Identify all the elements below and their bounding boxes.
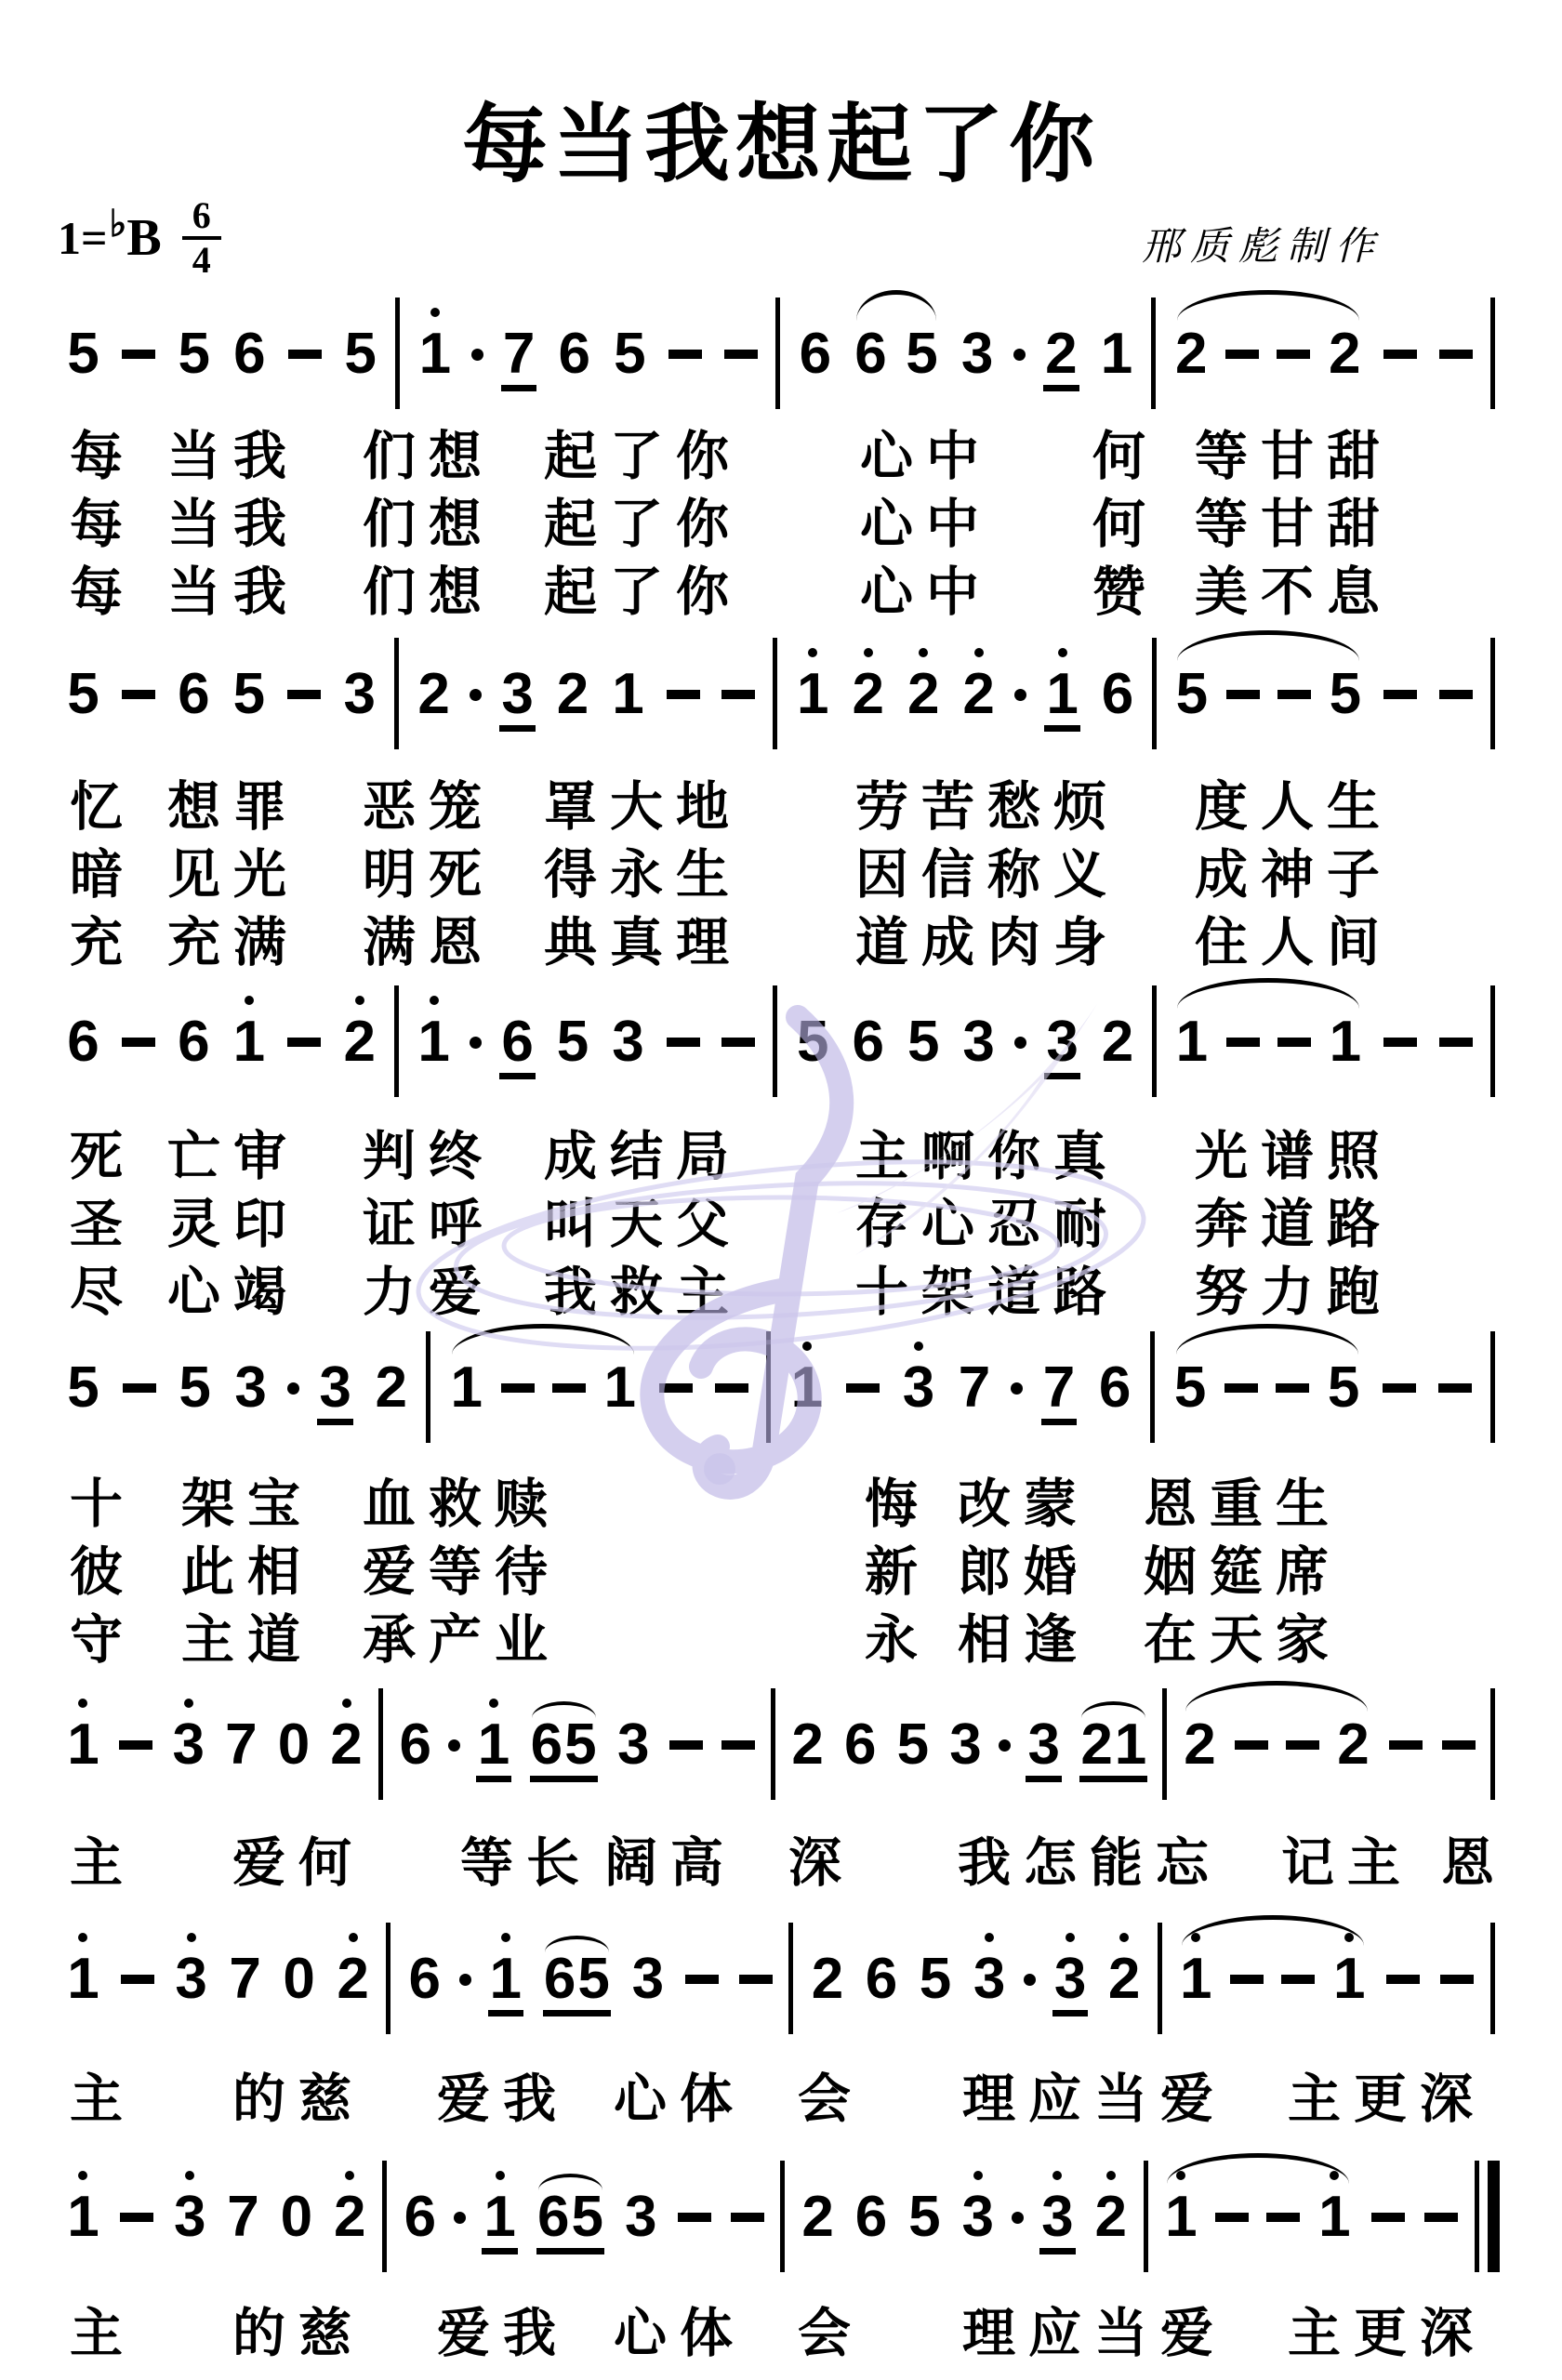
note: 5: [604, 324, 655, 385]
lyric-segment: 亡审: [167, 1114, 299, 1190]
note-digit: 6: [1100, 664, 1135, 725]
lyric-segment: 爱等待: [363, 1529, 561, 1606]
note: 3: [310, 1357, 361, 1425]
note-digit: 6: [406, 1949, 442, 2010]
dash-bar: [1281, 1975, 1315, 1984]
note-digit: 3: [630, 1949, 666, 2010]
note: 1: [594, 1357, 645, 1419]
note-digit: 2: [1100, 1011, 1135, 1073]
note-digit: 6: [176, 664, 211, 725]
note: 1: [1171, 1949, 1222, 2010]
dash-bar: [287, 1038, 321, 1047]
note: 5: [223, 664, 274, 725]
dash-note: [111, 1714, 162, 1750]
note-digit: 3: [901, 1357, 936, 1419]
note-digit: 5: [555, 1011, 590, 1073]
note-digit: 2: [800, 2187, 835, 2248]
duration-dot: [1006, 2187, 1030, 2224]
note: 6: [842, 1011, 894, 1073]
dash-bar: [668, 350, 702, 359]
note-digit: 2: [1327, 324, 1362, 385]
lyrics-block: 忆想罪恶笼罩大地劳苦愁烦度人生暗见光明死得永生因信称义成神子充充满满恩典真理道成…: [0, 764, 1562, 968]
lyric-segment: 主: [70, 2291, 136, 2367]
note: 1: [409, 324, 460, 385]
dash-bar: [288, 350, 322, 359]
note-digit: 7: [223, 1714, 258, 1776]
note: 1: [474, 2187, 525, 2254]
note-digit: 1: [1328, 1011, 1363, 1073]
note-digit: 3: [499, 664, 535, 732]
lyric-segment: 当我: [167, 549, 299, 626]
beamed-pair: 65: [527, 2187, 613, 2254]
note-digit: 1: [1178, 1949, 1213, 2010]
dash-bar: [678, 2213, 711, 2222]
note-digit: 3: [1044, 1011, 1079, 1079]
note: 6: [549, 324, 600, 385]
note-digit: 5: [570, 2187, 603, 2248]
dot: [287, 1382, 299, 1395]
lyric-segment: 永: [865, 1597, 931, 1673]
lyric-segment: 的慈: [232, 2056, 364, 2133]
note: 1: [1092, 324, 1143, 385]
lyric-segment: 心体: [614, 2291, 746, 2367]
lyric-segment: 明死: [363, 832, 495, 908]
lyrics-block: 主的慈爱我心体会理应当爱主更深: [0, 2056, 1562, 2124]
barline: [1139, 2187, 1154, 2248]
lyric-segment: 悔: [865, 1461, 931, 1538]
dash-note: [1268, 664, 1319, 725]
dash-note: [113, 664, 164, 699]
dash-bar: [123, 1383, 156, 1393]
dash-bar: [1438, 1383, 1472, 1393]
note: 6: [224, 324, 275, 385]
note-digit: 3: [1052, 1949, 1088, 2016]
note-digit: 3: [960, 1011, 996, 1073]
lyric-segment: 姻筵席: [1144, 1529, 1342, 1606]
dash-bar: [1389, 1740, 1423, 1750]
dash-note: [650, 1357, 701, 1393]
lyric-segment: 判终: [363, 1114, 495, 1190]
beam-underline: 21: [1079, 1714, 1147, 1782]
dash-note: [668, 2187, 720, 2222]
dash-bar: [1439, 690, 1473, 699]
lyric-segment: 十: [70, 1461, 136, 1538]
note: 2: [327, 1949, 378, 2010]
dash-bar: [1439, 1038, 1473, 1047]
barline: [768, 664, 783, 725]
dash-note: [1217, 664, 1268, 725]
dash-bar: [1383, 1383, 1416, 1393]
slur-group: 65: [845, 324, 947, 385]
note: 1: [408, 1011, 459, 1073]
note: 6: [1090, 1357, 1141, 1419]
note-digit: 7: [225, 2187, 260, 2248]
note-digit: 5: [342, 324, 377, 385]
lyric-row: 主的慈爱我心体会理应当爱主更深: [0, 2291, 1562, 2359]
dot: [1014, 1037, 1026, 1049]
lyric-segment: 每: [70, 549, 136, 626]
note-digit: 6: [543, 1949, 576, 2010]
dash-note: [1277, 1714, 1328, 1776]
note-digit: 1: [65, 1949, 100, 2010]
lyric-segment: 心中: [860, 549, 992, 626]
note-digit: 3: [170, 1714, 205, 1776]
note-digit: 3: [172, 2187, 207, 2248]
note-digit: 1: [1044, 664, 1079, 732]
duration-dot: [1007, 324, 1031, 361]
lyric-segment: 承产业: [363, 1597, 561, 1673]
barline: [768, 1011, 783, 1073]
dash-note: [113, 324, 165, 359]
lyric-row: 死亡审判终成结局主啊你真光谱照: [0, 1114, 1562, 1182]
duration-dot: [443, 1714, 467, 1752]
key-prefix: 1=: [58, 211, 108, 265]
slur-group: 11: [441, 1357, 645, 1419]
lyric-segment: 心中: [860, 482, 992, 558]
dash-note: [113, 1357, 165, 1393]
note-digit: 3: [947, 1714, 983, 1776]
dash-note: [1225, 1714, 1277, 1776]
note: 1: [1166, 1011, 1217, 1073]
dot: [999, 1739, 1011, 1752]
dot: [1014, 689, 1026, 701]
note-digit: 0: [279, 2187, 314, 2248]
lyric-segment: 成结局: [544, 1114, 742, 1190]
dash-note: [660, 324, 711, 359]
slur-group: 55: [1165, 1357, 1370, 1419]
note: 6: [845, 324, 896, 385]
duration-dot: [1009, 664, 1033, 701]
lyric-segment: 改蒙: [958, 1461, 1090, 1538]
lyric-segment: 新: [865, 1529, 931, 1606]
barline: [1486, 1714, 1501, 1776]
note-digit: 3: [623, 2187, 658, 2248]
lyric-segment: 阔高: [604, 1820, 736, 1897]
music-line: 5653232112221655: [58, 664, 1501, 729]
lyric-segment: 血救赎: [363, 1461, 561, 1538]
note: 6: [492, 1011, 543, 1079]
note: 3: [940, 1714, 991, 1776]
note: 1: [480, 1949, 531, 2016]
note-digit: 1: [1163, 2187, 1198, 2248]
dash-bar: [846, 1383, 880, 1393]
lyric-segment: 光谱照: [1195, 1114, 1393, 1190]
barline: [1158, 1714, 1172, 1776]
note-digit: 5: [1174, 664, 1210, 725]
dash-note: [1217, 324, 1268, 385]
dash-bar: [731, 2213, 764, 2222]
slur-group: 22: [1166, 324, 1370, 385]
lyric-row: 每当我们想起了你心中何等甘甜: [0, 414, 1562, 482]
sheet-page: 每当我想起了你 1= ♭ B 6 4 邢质彪制作 556517656653212…: [0, 0, 1562, 2380]
note-digit: 5: [65, 664, 100, 725]
lyrics-block: 死亡审判终成结局主啊你真光谱照圣灵印证呼叫天父存心忍耐奔道路尽心竭力爱我救主十架…: [0, 1114, 1562, 1317]
dash-bar: [669, 1740, 703, 1750]
dot: [459, 1974, 471, 1986]
note: 5: [548, 1011, 599, 1073]
dash-bar: [122, 690, 155, 699]
barline: [784, 1949, 799, 2010]
note-digit: 2: [851, 664, 886, 725]
lyric-segment: 我救主: [544, 1249, 742, 1326]
note: 3: [953, 1011, 1004, 1073]
dot: [471, 349, 483, 361]
dash-note: [1258, 2187, 1309, 2248]
note: 1: [788, 664, 839, 725]
dash-bar: [667, 690, 700, 699]
note-digit: 6: [854, 2187, 889, 2248]
dash-bar: [685, 1975, 719, 1984]
lyric-segment: 爱我: [437, 2056, 569, 2133]
note-digit: 5: [795, 1011, 830, 1073]
credit-text: 邢质彪制作: [1142, 216, 1383, 271]
note: 6: [835, 1714, 886, 1776]
lyric-segment: 恩重生: [1144, 1461, 1342, 1538]
lyrics-block: 每当我们想起了你心中何等甘甜每当我们想起了你心中何等甘甜每当我们想起了你心中赞美…: [0, 414, 1562, 617]
barline: [775, 2187, 790, 2248]
note: 1: [1037, 664, 1088, 732]
note-digit: 7: [957, 1357, 992, 1419]
duration-dot: [281, 1357, 305, 1395]
note-digit: 2: [342, 1011, 377, 1073]
barline: [390, 324, 405, 385]
note: 1: [1324, 1949, 1375, 2010]
note: 5: [1319, 664, 1370, 725]
note: 2: [1085, 2187, 1136, 2248]
lyric-segment: 守: [70, 1597, 136, 1673]
lyric-segment: 罩大地: [544, 764, 742, 840]
note: 3: [952, 2187, 1003, 2248]
dash-bar: [1442, 1740, 1476, 1750]
lyric-segment: 奔道路: [1195, 1182, 1393, 1258]
note-digit: 7: [501, 324, 536, 391]
note-digit: 2: [1092, 2187, 1128, 2248]
note-digit: 5: [177, 1357, 212, 1419]
note-digit: 6: [851, 1011, 886, 1073]
lyric-segment: 何: [1092, 414, 1158, 490]
dash-bar: [1276, 1383, 1309, 1393]
song-title: 每当我想起了你: [0, 76, 1562, 199]
lyric-segment: 暗: [70, 832, 136, 908]
lyric-segment: 爱何: [232, 1820, 364, 1897]
lyric-segment: 心竭: [167, 1249, 299, 1326]
barline: [766, 1714, 781, 1776]
dash-bar: [1215, 2213, 1249, 2222]
note: 3: [602, 1011, 654, 1073]
dash-bar: [1383, 690, 1417, 699]
note-digit: 1: [482, 2187, 517, 2254]
lyric-segment: 何: [1092, 482, 1158, 558]
note-digit: 1: [449, 1357, 484, 1419]
lyric-segment: 我怎能忘: [958, 1820, 1222, 1897]
lyric-segment: 主: [70, 1820, 136, 1897]
music-line: 137026165326533211: [58, 1949, 1501, 2014]
note-digit: 3: [972, 1949, 1007, 2010]
lyric-segment: 此相: [181, 1529, 313, 1606]
note: 3: [1032, 2187, 1083, 2254]
note: 3: [964, 1949, 1015, 2010]
note: 2: [1328, 1714, 1379, 1776]
lyric-segment: 相逢: [958, 1597, 1090, 1673]
dash-note: [1430, 1011, 1481, 1047]
note-digit: 3: [1039, 2187, 1075, 2254]
lyric-segment: 成神子: [1195, 832, 1393, 908]
lyric-segment: 理应当爱: [962, 2056, 1226, 2133]
slur-group: 22: [1174, 1714, 1379, 1776]
dot: [1011, 1382, 1023, 1395]
note: 1: [1319, 1011, 1370, 1073]
note: 1: [1309, 2187, 1360, 2248]
lyric-segment: 十架道路: [855, 1249, 1119, 1326]
lyric-segment: 起了你: [544, 414, 742, 490]
note-digit: 6: [842, 1714, 878, 1776]
lyric-segment: 充: [70, 900, 136, 976]
note-digit: 5: [906, 1011, 941, 1073]
lyric-segment: 起了你: [544, 482, 742, 558]
note: 2: [842, 664, 894, 725]
lyric-segment: 会: [798, 2056, 864, 2133]
dash-note: [279, 1011, 330, 1047]
note-digit: 6: [499, 1011, 535, 1079]
lyric-row: 圣灵印证呼叫天父存心忍耐奔道路: [0, 1182, 1562, 1249]
dash-note: [492, 1357, 543, 1419]
note: 7: [1034, 1357, 1085, 1425]
note-digit: 1: [1317, 2187, 1352, 2248]
lyric-segment: 深: [788, 1820, 854, 1897]
note: 3: [893, 1357, 944, 1419]
dash-note: [1430, 324, 1481, 359]
lyric-segment: 们想: [363, 549, 495, 626]
note: 6: [168, 664, 219, 725]
note: 6: [856, 1949, 907, 2010]
key-letter: B: [126, 208, 161, 268]
note: 2: [408, 664, 459, 725]
note: 3: [952, 324, 1003, 385]
dash-bar: [122, 350, 155, 359]
note: 6: [390, 1714, 441, 1776]
lyric-segment: 恩: [1441, 1820, 1507, 1897]
dash-bar: [1226, 690, 1260, 699]
music-line: 5565176566532122: [58, 324, 1501, 389]
note: 2: [1099, 1949, 1150, 2010]
note-digit: 6: [176, 1011, 211, 1073]
barline: [1486, 1011, 1501, 1073]
dash-bar: [1440, 1975, 1474, 1984]
note-digit: 1: [232, 1011, 267, 1073]
duration-dot: [1018, 1949, 1042, 1986]
lyric-segment: 尽: [70, 1249, 136, 1326]
note: 5: [899, 2187, 950, 2248]
lyric-segment: 想罪: [167, 764, 299, 840]
dash-note: [111, 2187, 162, 2222]
lyric-segment: 努力跑: [1195, 1249, 1393, 1326]
dash-note: [1222, 1949, 1273, 2010]
note-digit: 2: [1173, 324, 1209, 385]
duration-dot: [1009, 1011, 1033, 1049]
dash-bar: [715, 1383, 748, 1393]
note: 5: [910, 1949, 961, 2010]
note: 1: [58, 1949, 109, 2010]
dash-note: [715, 324, 766, 359]
dash-bar: [1383, 350, 1417, 359]
dash-note: [1433, 1714, 1484, 1750]
lyric-segment: 劳苦愁烦: [855, 764, 1119, 840]
dash-note: [1430, 664, 1481, 699]
lyric-segment: 每: [70, 414, 136, 490]
note-digit: 5: [232, 664, 267, 725]
lyric-segment: 存心忍耐: [855, 1182, 1119, 1258]
note: 6: [394, 2187, 445, 2248]
rest-note: 0: [268, 1714, 319, 1776]
note: 6: [846, 2187, 897, 2248]
rest-note: 0: [271, 2187, 322, 2248]
dash-note: [112, 1949, 163, 1984]
slur-group: 11: [1171, 1949, 1375, 2010]
note: 3: [622, 1949, 673, 2010]
note-digit: 1: [610, 664, 645, 725]
note-digit: 6: [557, 324, 592, 385]
dash-bar: [1424, 2213, 1458, 2222]
dash-bar: [1230, 1975, 1264, 1984]
dot: [470, 1037, 482, 1049]
lyrics-block: 主的慈爱我心体会理应当爱主更深: [0, 2291, 1562, 2359]
note-digit: 2: [789, 1714, 825, 1776]
lyric-segment: 理应当爱: [962, 2291, 1226, 2367]
dot: [448, 1739, 460, 1752]
lyric-row: 彼此相爱等待新郎婚姻筵席: [0, 1529, 1562, 1597]
dash-note: [1416, 2187, 1467, 2222]
note: 1: [223, 1011, 274, 1073]
lyric-row: 主的慈爱我心体会理应当爱主更深: [0, 2056, 1562, 2124]
note-digit: 6: [403, 2187, 438, 2248]
barline: [1153, 1949, 1168, 2010]
note-digit: 5: [918, 1949, 953, 2010]
note-digit: 5: [576, 1949, 610, 2010]
dash-note: [713, 1011, 764, 1047]
note: 2: [1092, 1011, 1144, 1073]
note-digit: 1: [416, 1011, 451, 1073]
lyric-segment: 住人间: [1195, 900, 1393, 976]
note-digit: 3: [616, 1714, 651, 1776]
barline: [374, 1714, 389, 1776]
barline: [1147, 664, 1162, 725]
note: 3: [165, 1949, 217, 2010]
beam-underline: 65: [543, 1949, 611, 2016]
note: 1: [1156, 2187, 1207, 2248]
note: 6: [58, 1011, 109, 1073]
dash-bar: [1386, 1975, 1420, 1984]
rest-note: 0: [273, 1949, 324, 2010]
note-digit: 6: [536, 2187, 570, 2248]
note: 7: [216, 1714, 267, 1776]
lyric-row: 每当我们想起了你心中赞美不息: [0, 549, 1562, 617]
dash-bar: [120, 2213, 153, 2222]
lyric-row: 每当我们想起了你心中何等甘甜: [0, 482, 1562, 549]
dash-bar: [1383, 1038, 1417, 1047]
lyric-segment: 主道: [181, 1597, 313, 1673]
note: 3: [608, 1714, 659, 1776]
note-digit: 1: [1099, 324, 1134, 385]
note-digit: 5: [1172, 1357, 1208, 1419]
dash-note: [713, 1714, 764, 1750]
note-digit: 6: [798, 324, 833, 385]
note-digit: 1: [1114, 1714, 1147, 1776]
note-digit: 1: [65, 2187, 100, 2248]
dash-bar: [122, 1038, 155, 1047]
music-line: 1370261653265332122: [58, 1714, 1501, 1779]
lyric-segment: 主更深: [1288, 2291, 1486, 2367]
dash-note: [837, 1357, 888, 1393]
